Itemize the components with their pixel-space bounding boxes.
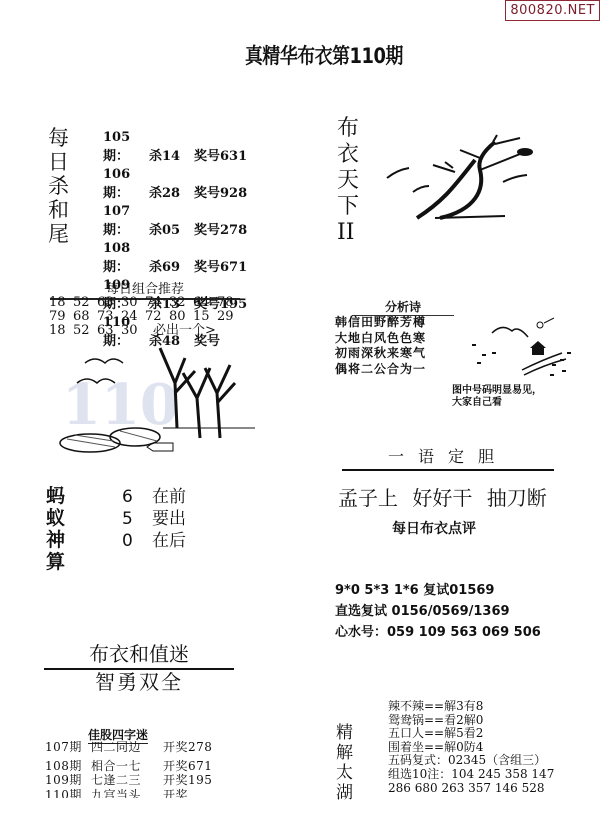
kill-value: 杀14: [149, 148, 194, 167]
title-char: 衣: [337, 144, 359, 170]
prize-number: 奖号928: [194, 185, 247, 204]
poem-line: 韩信田野醉芳樽: [335, 315, 426, 331]
one-word-body: 孟子上 好好干 抽刀断: [338, 482, 547, 511]
combo-number: 78: [217, 296, 241, 310]
title-char: 湖: [336, 785, 353, 805]
period: 107期：: [103, 203, 149, 240]
combo-number: 74: [145, 296, 169, 310]
period: 106期：: [103, 166, 149, 203]
period: 110期: [45, 788, 91, 799]
combo-row: 1852633074326478: [49, 296, 241, 310]
pick-line: 心水号：059 109 563 069 506: [335, 622, 541, 643]
page-title: 真精华布衣第110期: [245, 40, 403, 70]
taihu-line: 组选10注：104 245 358 147: [388, 768, 600, 782]
ant-row: 6在前: [122, 486, 186, 508]
one-word-sub: 每日布衣点评: [392, 518, 476, 538]
riddle-words: 相合一七: [91, 759, 163, 774]
prize-number: 奖号671: [194, 259, 247, 278]
prize-number: 开奖278: [163, 740, 212, 754]
title-char: 每: [48, 128, 69, 152]
title-char: 天: [337, 170, 359, 196]
riddle-row: 110期九宫当头开奖: [45, 788, 260, 799]
pick-line: 直选复试 0156/0569/1369: [335, 601, 541, 622]
title-char: 算: [46, 553, 65, 575]
taihu-line: 辣不辣==解3有8: [388, 700, 600, 714]
riddle-row: 109期七逢二三开奖195: [45, 773, 260, 788]
title-char: 神: [46, 531, 65, 553]
combo-number: 15: [193, 310, 217, 324]
analysis-poem-header: 分析诗: [352, 298, 454, 316]
combo-number: 68: [73, 310, 97, 324]
picks-block: 9*0 5*3 1*6 复试01569 直选复试 0156/0569/1369 …: [335, 580, 541, 643]
title-char: 日: [48, 152, 69, 176]
combo-number: 30: [121, 324, 145, 338]
title-char: 蚂: [46, 487, 65, 509]
combo-number: 18: [49, 296, 73, 310]
combo-number: 32: [169, 296, 193, 310]
kill-value: 杀28: [149, 185, 194, 204]
riddle-row: 108期相合一七开奖671: [45, 759, 260, 774]
ant-oracle-list: 6在前 5要出 0在后: [122, 486, 186, 552]
ant-oracle-title: 蚂 蚁 神 算: [46, 487, 65, 575]
title-char: 尾: [48, 224, 69, 248]
ant-text: 要出: [152, 509, 186, 529]
kill-row: 108期：杀69奖号671: [103, 240, 247, 277]
taihu-list: 辣不辣==解3有8 鸳鸯锅==看2解0 五口人==解5看2 围着坐==解0防4 …: [388, 700, 600, 795]
combo-row: 7968732472801529: [49, 310, 241, 324]
taihu-title: 精 解 太 湖: [336, 725, 353, 805]
daily-combo-grid: 1852633074326478 7968732472801529 185263…: [49, 296, 241, 338]
riddle-row: 107期四二同边开奖278: [45, 740, 260, 755]
taihu-line: 五口人==解5看2: [388, 727, 600, 741]
title-char: 蚁: [46, 509, 65, 531]
kill-row: 106期：杀28奖号928: [103, 166, 247, 203]
period: 109期: [45, 773, 91, 788]
taihu-line: 五码复式：02345（含组三）: [388, 754, 600, 768]
trees-illustration: [45, 343, 255, 453]
one-word-header: 一语定胆: [342, 444, 554, 471]
poem-line: 初雨深秋来寒气: [335, 346, 426, 362]
ant-text: 在后: [152, 531, 186, 551]
combo-number: 72: [145, 310, 169, 324]
riddle-words: 九宫当头: [91, 788, 163, 799]
combo-number: 52: [73, 296, 97, 310]
riddle-words: 七逢二三: [91, 773, 163, 788]
prize-number: 奖号278: [194, 222, 247, 241]
ant-row: 5要出: [122, 508, 186, 530]
period: 107期: [45, 740, 91, 755]
combo-number: 80: [169, 310, 193, 324]
four-char-riddle-list: 107期四二同边开奖278 108期相合一七开奖671 109期七逢二三开奖19…: [40, 740, 260, 798]
prize-number: 开奖671: [163, 759, 212, 773]
birds-tree-illustration: [385, 130, 555, 220]
poem-line: 偶将二公合为一: [335, 362, 426, 378]
title-char: 下: [337, 196, 359, 222]
title-char: 精: [336, 725, 353, 745]
prize-number: 开奖: [163, 788, 188, 799]
period: 105期：: [103, 129, 149, 166]
taihu-line: 286 680 263 357 146 528: [388, 782, 600, 796]
combo-number: 64: [193, 296, 217, 310]
combo-number: 63: [97, 296, 121, 310]
combo-number: 29: [217, 310, 241, 324]
kill-row: 105期：杀14奖号631: [103, 129, 247, 166]
landscape-illustration: [462, 315, 582, 380]
ant-number: 6: [122, 486, 152, 508]
ant-text: 在前: [152, 487, 186, 507]
site-watermark: 800820.NET: [505, 0, 600, 21]
poem-line: 大地白风色色寒: [335, 331, 426, 347]
period: 108期：: [103, 240, 149, 277]
title-char: II: [337, 222, 359, 248]
prize-number: 奖号631: [194, 148, 247, 167]
title-char: 解: [336, 745, 353, 765]
daily-kill-title: 每 日 杀 和 尾: [48, 128, 69, 248]
riddle-words: 四二同边: [91, 740, 163, 755]
combo-number: 24: [121, 310, 145, 324]
buyi-tianxia-title: 布 衣 天 下 II: [337, 118, 359, 248]
period: 108期: [45, 759, 91, 774]
ant-number: 5: [122, 508, 152, 530]
buyi-riddle-answer: 智勇双全: [44, 666, 234, 695]
ant-number: 0: [122, 530, 152, 552]
kill-value: 杀69: [149, 259, 194, 278]
title-char: 杀: [48, 176, 69, 200]
combo-number: 73: [97, 310, 121, 324]
poem-note: 图中号码明显易见， 大家自己看: [452, 385, 542, 409]
ant-row: 0在后: [122, 530, 186, 552]
combo-number: 18: [49, 324, 73, 338]
pick-line: 9*0 5*3 1*6 复试01569: [335, 580, 541, 601]
kill-value: 杀05: [149, 222, 194, 241]
title-char: 和: [48, 200, 69, 224]
taihu-line: 鸳鸯锅==看2解0: [388, 714, 600, 728]
note-line: 大家自己看: [452, 397, 542, 409]
combo-row: 18526330必出一个>: [49, 324, 241, 338]
combo-number: 52: [73, 324, 97, 338]
kill-row: 107期：杀05奖号278: [103, 203, 247, 240]
analysis-poem: 韩信田野醉芳樽 大地白风色色寒 初雨深秋来寒气 偶将二公合为一: [335, 315, 426, 377]
combo-number: 30: [121, 296, 145, 310]
title-char: 太: [336, 765, 353, 785]
combo-number: 63: [97, 324, 121, 338]
title-char: 布: [337, 118, 359, 144]
note-line: 图中号码明显易见，: [452, 385, 542, 397]
combo-number: 79: [49, 310, 73, 324]
must-appear-note: 必出一个>: [153, 324, 216, 338]
prize-number: 开奖195: [163, 773, 212, 787]
